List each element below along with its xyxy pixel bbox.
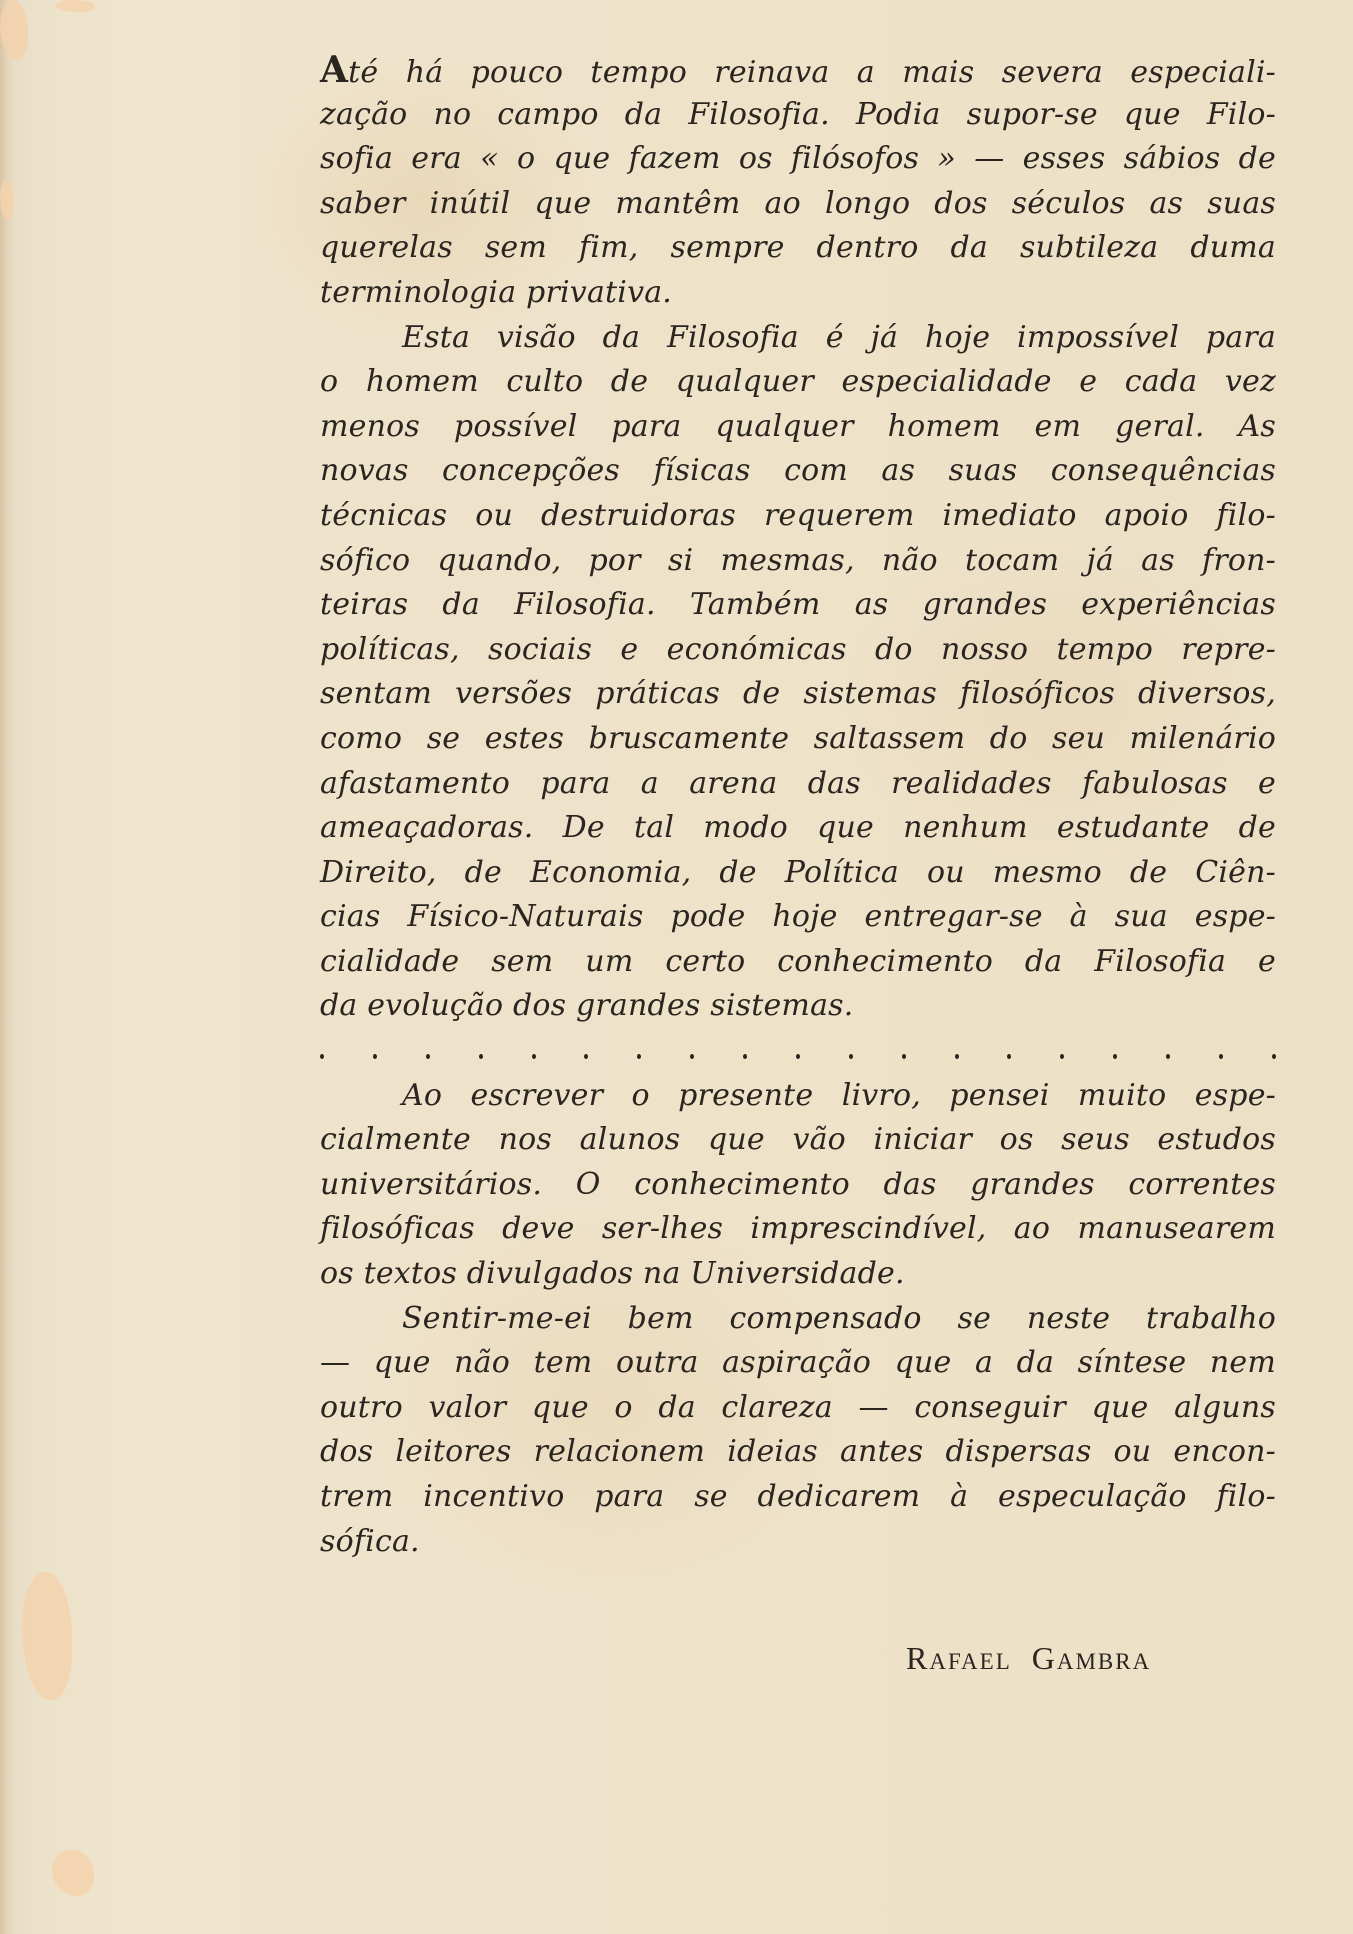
text-line: os textos divulgados na Universidade.: [320, 1252, 1276, 1297]
separator-dot: [849, 1054, 853, 1059]
text-line: como se estes bruscamente saltassem do s…: [320, 717, 1276, 762]
separator-dot: [1166, 1054, 1170, 1059]
text-line: sófica.: [320, 1520, 1276, 1565]
text-line: — que não tem outra aspiração que a da s…: [320, 1341, 1276, 1386]
separator-dot: [426, 1054, 430, 1059]
text-line: querelas sem fim, sempre dentro da subti…: [320, 226, 1276, 271]
text-line: da evolução dos grandes sistemas.: [320, 984, 1276, 1029]
text-line: novas concepções físicas com as suas con…: [320, 449, 1276, 494]
signature-first-rest: AFAEL: [929, 1649, 1011, 1674]
book-page: Até há pouco tempo reinava a mais severa…: [0, 0, 1353, 1934]
text-line: o homem culto de qualquer especialidade …: [320, 360, 1276, 405]
text-line: terminologia privativa.: [320, 271, 1276, 316]
text-line: filosóficas deve ser-lhes imprescindível…: [320, 1207, 1276, 1252]
text-line: Esta visão da Filosofia é já hoje imposs…: [320, 316, 1276, 361]
text-line: ameaçadoras. De tal modo que nenhum estu…: [320, 806, 1276, 851]
text-line: cialidade sem um certo conhecimento da F…: [320, 940, 1276, 985]
signature-last-rest: AMBRA: [1057, 1649, 1151, 1674]
paragraph-4: Sentir-me-ei bem compensado se neste tra…: [320, 1297, 1276, 1565]
text-line: zação no campo da Filosofia. Podia supor…: [320, 93, 1276, 138]
text-line: Sentir-me-ei bem compensado se neste tra…: [320, 1297, 1276, 1342]
separator-dot: [373, 1054, 377, 1059]
separator-dot: [1219, 1054, 1223, 1059]
text-line: Até há pouco tempo reinava a mais severa…: [320, 48, 1276, 93]
paragraph-3: Ao escrever o presente livro, pensei mui…: [320, 1074, 1276, 1297]
text-line: técnicas ou destruidoras requerem imedia…: [320, 494, 1276, 539]
paragraph-1: Até há pouco tempo reinava a mais severa…: [320, 48, 1276, 316]
separator-dot: [320, 1054, 324, 1059]
text-line: afastamento para a arena das realidades …: [320, 762, 1276, 807]
text-line: cias Físico-Naturais pode hoje entregar-…: [320, 895, 1276, 940]
separator-dot: [1272, 1054, 1276, 1059]
text-line: sofia era « o que fazem os filósofos » —…: [320, 137, 1276, 182]
body-text: Até há pouco tempo reinava a mais severa…: [320, 48, 1276, 1564]
paper-damage-mark: [55, 0, 95, 12]
text-line: Direito, de Economia, de Política ou mes…: [320, 851, 1276, 896]
text-line: sentam versões práticas de sistemas filo…: [320, 672, 1276, 717]
paper-damage-mark: [52, 1850, 94, 1896]
paper-damage-mark: [22, 1572, 72, 1700]
author-signature: RAFAELGAMBRA: [906, 1640, 1151, 1677]
separator-dot: [1060, 1054, 1064, 1059]
separator-dot: [532, 1054, 536, 1059]
text-line: sófico quando, por si mesmas, não tocam …: [320, 539, 1276, 584]
text-line: outro valor que o da clareza — conseguir…: [320, 1386, 1276, 1431]
text-line: universitários. O conhecimento das grand…: [320, 1163, 1276, 1208]
text-line: Ao escrever o presente livro, pensei mui…: [320, 1074, 1276, 1119]
paragraph-2: Esta visão da Filosofia é já hoje imposs…: [320, 316, 1276, 1030]
text-line: teiras da Filosofia. Também as grandes e…: [320, 583, 1276, 628]
dotted-separator: [320, 1029, 1276, 1074]
separator-dot: [902, 1054, 906, 1059]
separator-dot: [1113, 1054, 1117, 1059]
signature-first-initial: R: [906, 1640, 929, 1676]
separator-dot: [796, 1054, 800, 1059]
signature-last-initial: G: [1032, 1640, 1057, 1676]
separator-dot: [584, 1054, 588, 1059]
separator-dot: [479, 1054, 483, 1059]
separator-dot: [955, 1054, 959, 1059]
separator-dot: [637, 1054, 641, 1059]
drop-cap: A: [320, 49, 348, 91]
text-line: cialmente nos alunos que vão iniciar os …: [320, 1118, 1276, 1163]
separator-dot: [1007, 1054, 1011, 1059]
separator-dot: [690, 1054, 694, 1059]
text-line: dos leitores relacionem ideias antes dis…: [320, 1430, 1276, 1475]
text-line: trem incentivo para se dedicarem à espec…: [320, 1475, 1276, 1520]
text-line: menos possível para qualquer homem em ge…: [320, 405, 1276, 450]
worn-page-edge: [0, 0, 14, 1934]
text-line: políticas, sociais e económicas do nosso…: [320, 628, 1276, 673]
text-line: saber inútil que mantêm ao longo dos séc…: [320, 182, 1276, 227]
separator-dot: [743, 1054, 747, 1059]
paper-damage-mark: [0, 180, 14, 220]
